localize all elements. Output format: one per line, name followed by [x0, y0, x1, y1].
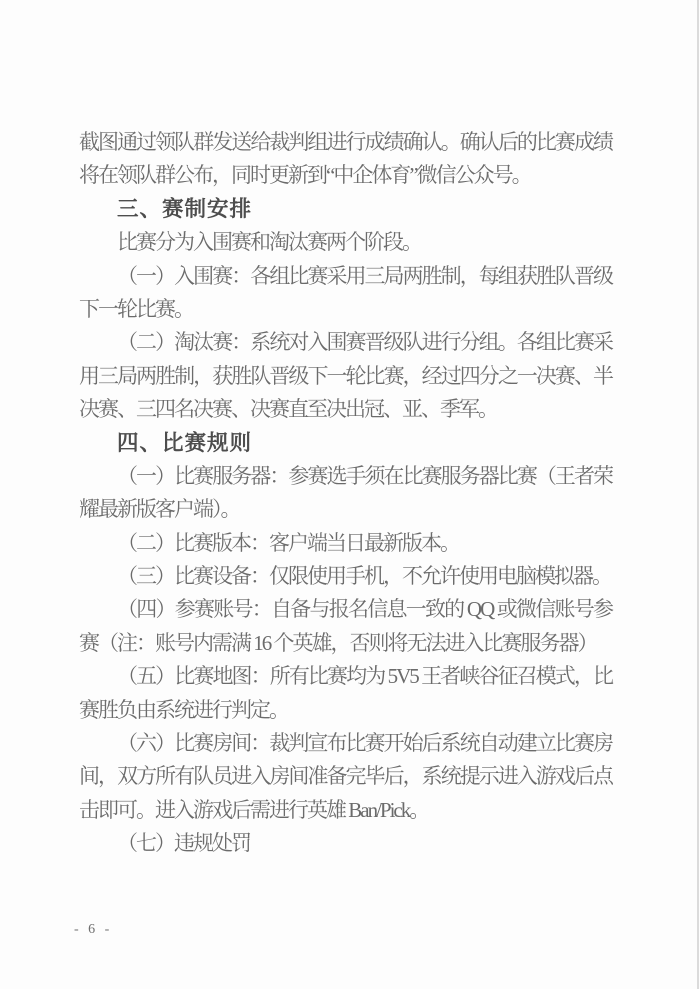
section-heading: 四、比赛规则 [79, 427, 612, 460]
section-heading: 三、赛制安排 [79, 193, 612, 226]
text-line: （四）参赛账号：自备与报名信息一致的 QQ 或微信账号参 [79, 593, 612, 626]
text-line: （六）比赛房间：裁判宣布比赛开始后系统自动建立比赛房 [79, 727, 612, 760]
text-line: 间，双方所有队员进入房间准备完毕后，系统提示进入游戏后点 [79, 760, 612, 793]
text-line: 下一轮比赛。 [79, 293, 612, 326]
text-line: 截图通过领队群发送给裁判组进行成绩确认。确认后的比赛成绩 [79, 126, 612, 159]
text-line: 比赛分为入围赛和淘汰赛两个阶段。 [79, 226, 612, 259]
page-number: - 6 - [74, 922, 112, 938]
text-line: 用三局两胜制，获胜队晋级下一轮比赛，经过四分之一决赛、半 [79, 360, 612, 393]
text-line: 击即可。进入游戏后需进行英雄 Ban/Pick。 [79, 794, 612, 827]
text-line: 耀最新版客户端）。 [79, 493, 612, 526]
text-line: 赛胜负由系统进行判定。 [79, 694, 612, 727]
text-line: 将在领队群公布，同时更新到“中企体育”微信公众号。 [79, 159, 612, 192]
text-line: （三）比赛设备：仅限使用手机，不允许使用电脑模拟器。 [79, 560, 612, 593]
text-line: （五）比赛地图：所有比赛均为 5V5 王者峡谷征召模式，比 [79, 660, 612, 693]
document-body: 截图通过领队群发送给裁判组进行成绩确认。确认后的比赛成绩将在领队群公布，同时更新… [79, 126, 612, 861]
scan-edge-line [697, 0, 699, 989]
document-page: 截图通过领队群发送给裁判组进行成绩确认。确认后的比赛成绩将在领队群公布，同时更新… [0, 0, 700, 989]
text-line: （七）违规处罚 [79, 827, 612, 860]
text-line: （二）比赛版本：客户端当日最新版本。 [79, 527, 612, 560]
text-line: （二）淘汰赛：系统对入围赛晋级队进行分组。各组比赛采 [79, 326, 612, 359]
text-line: 赛（注：账号内需满 16 个英雄，否则将无法进入比赛服务器） [79, 627, 612, 660]
text-line: （一）比赛服务器：参赛选手须在比赛服务器比赛（王者荣 [79, 460, 612, 493]
text-line: 决赛、三四名决赛、决赛直至决出冠、亚、季军。 [79, 393, 612, 426]
text-line: （一）入围赛：各组比赛采用三局两胜制，每组获胜队晋级 [79, 260, 612, 293]
